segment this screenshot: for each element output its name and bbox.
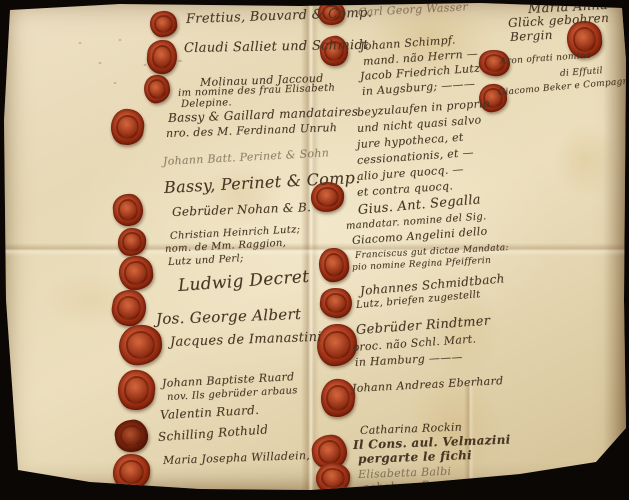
seal-emboss — [323, 330, 352, 360]
seal-emboss — [571, 25, 597, 52]
seal-emboss — [316, 439, 342, 464]
seal-emboss — [123, 260, 148, 285]
wax-seal — [315, 462, 351, 494]
right-edge-shadow — [603, 0, 629, 500]
seal-emboss — [117, 198, 139, 221]
signature: gebohrne Bergin — [362, 478, 461, 494]
seal-emboss — [321, 467, 345, 489]
signature: Bergin — [510, 28, 553, 44]
seal-emboss — [122, 375, 150, 405]
seal-emboss — [122, 232, 142, 252]
manuscript-photo: Frettius, Bouvard & Comp.Claudi Salliet … — [0, 0, 629, 500]
horizontal-fold — [0, 243, 629, 256]
seal-emboss — [151, 45, 173, 70]
seal-emboss — [323, 253, 345, 278]
paper-sheet: Frettius, Bouvard & Comp.Claudi Salliet … — [0, 0, 629, 500]
seal-emboss — [315, 186, 339, 208]
seal-emboss — [118, 424, 143, 449]
seal-emboss — [146, 78, 167, 100]
seal-emboss — [124, 330, 155, 359]
seal-emboss — [324, 291, 348, 314]
seal-emboss — [115, 294, 142, 322]
seal-emboss — [118, 459, 144, 485]
seal-emboss — [114, 113, 140, 140]
seal-emboss — [153, 14, 174, 34]
seal-emboss — [325, 384, 351, 412]
